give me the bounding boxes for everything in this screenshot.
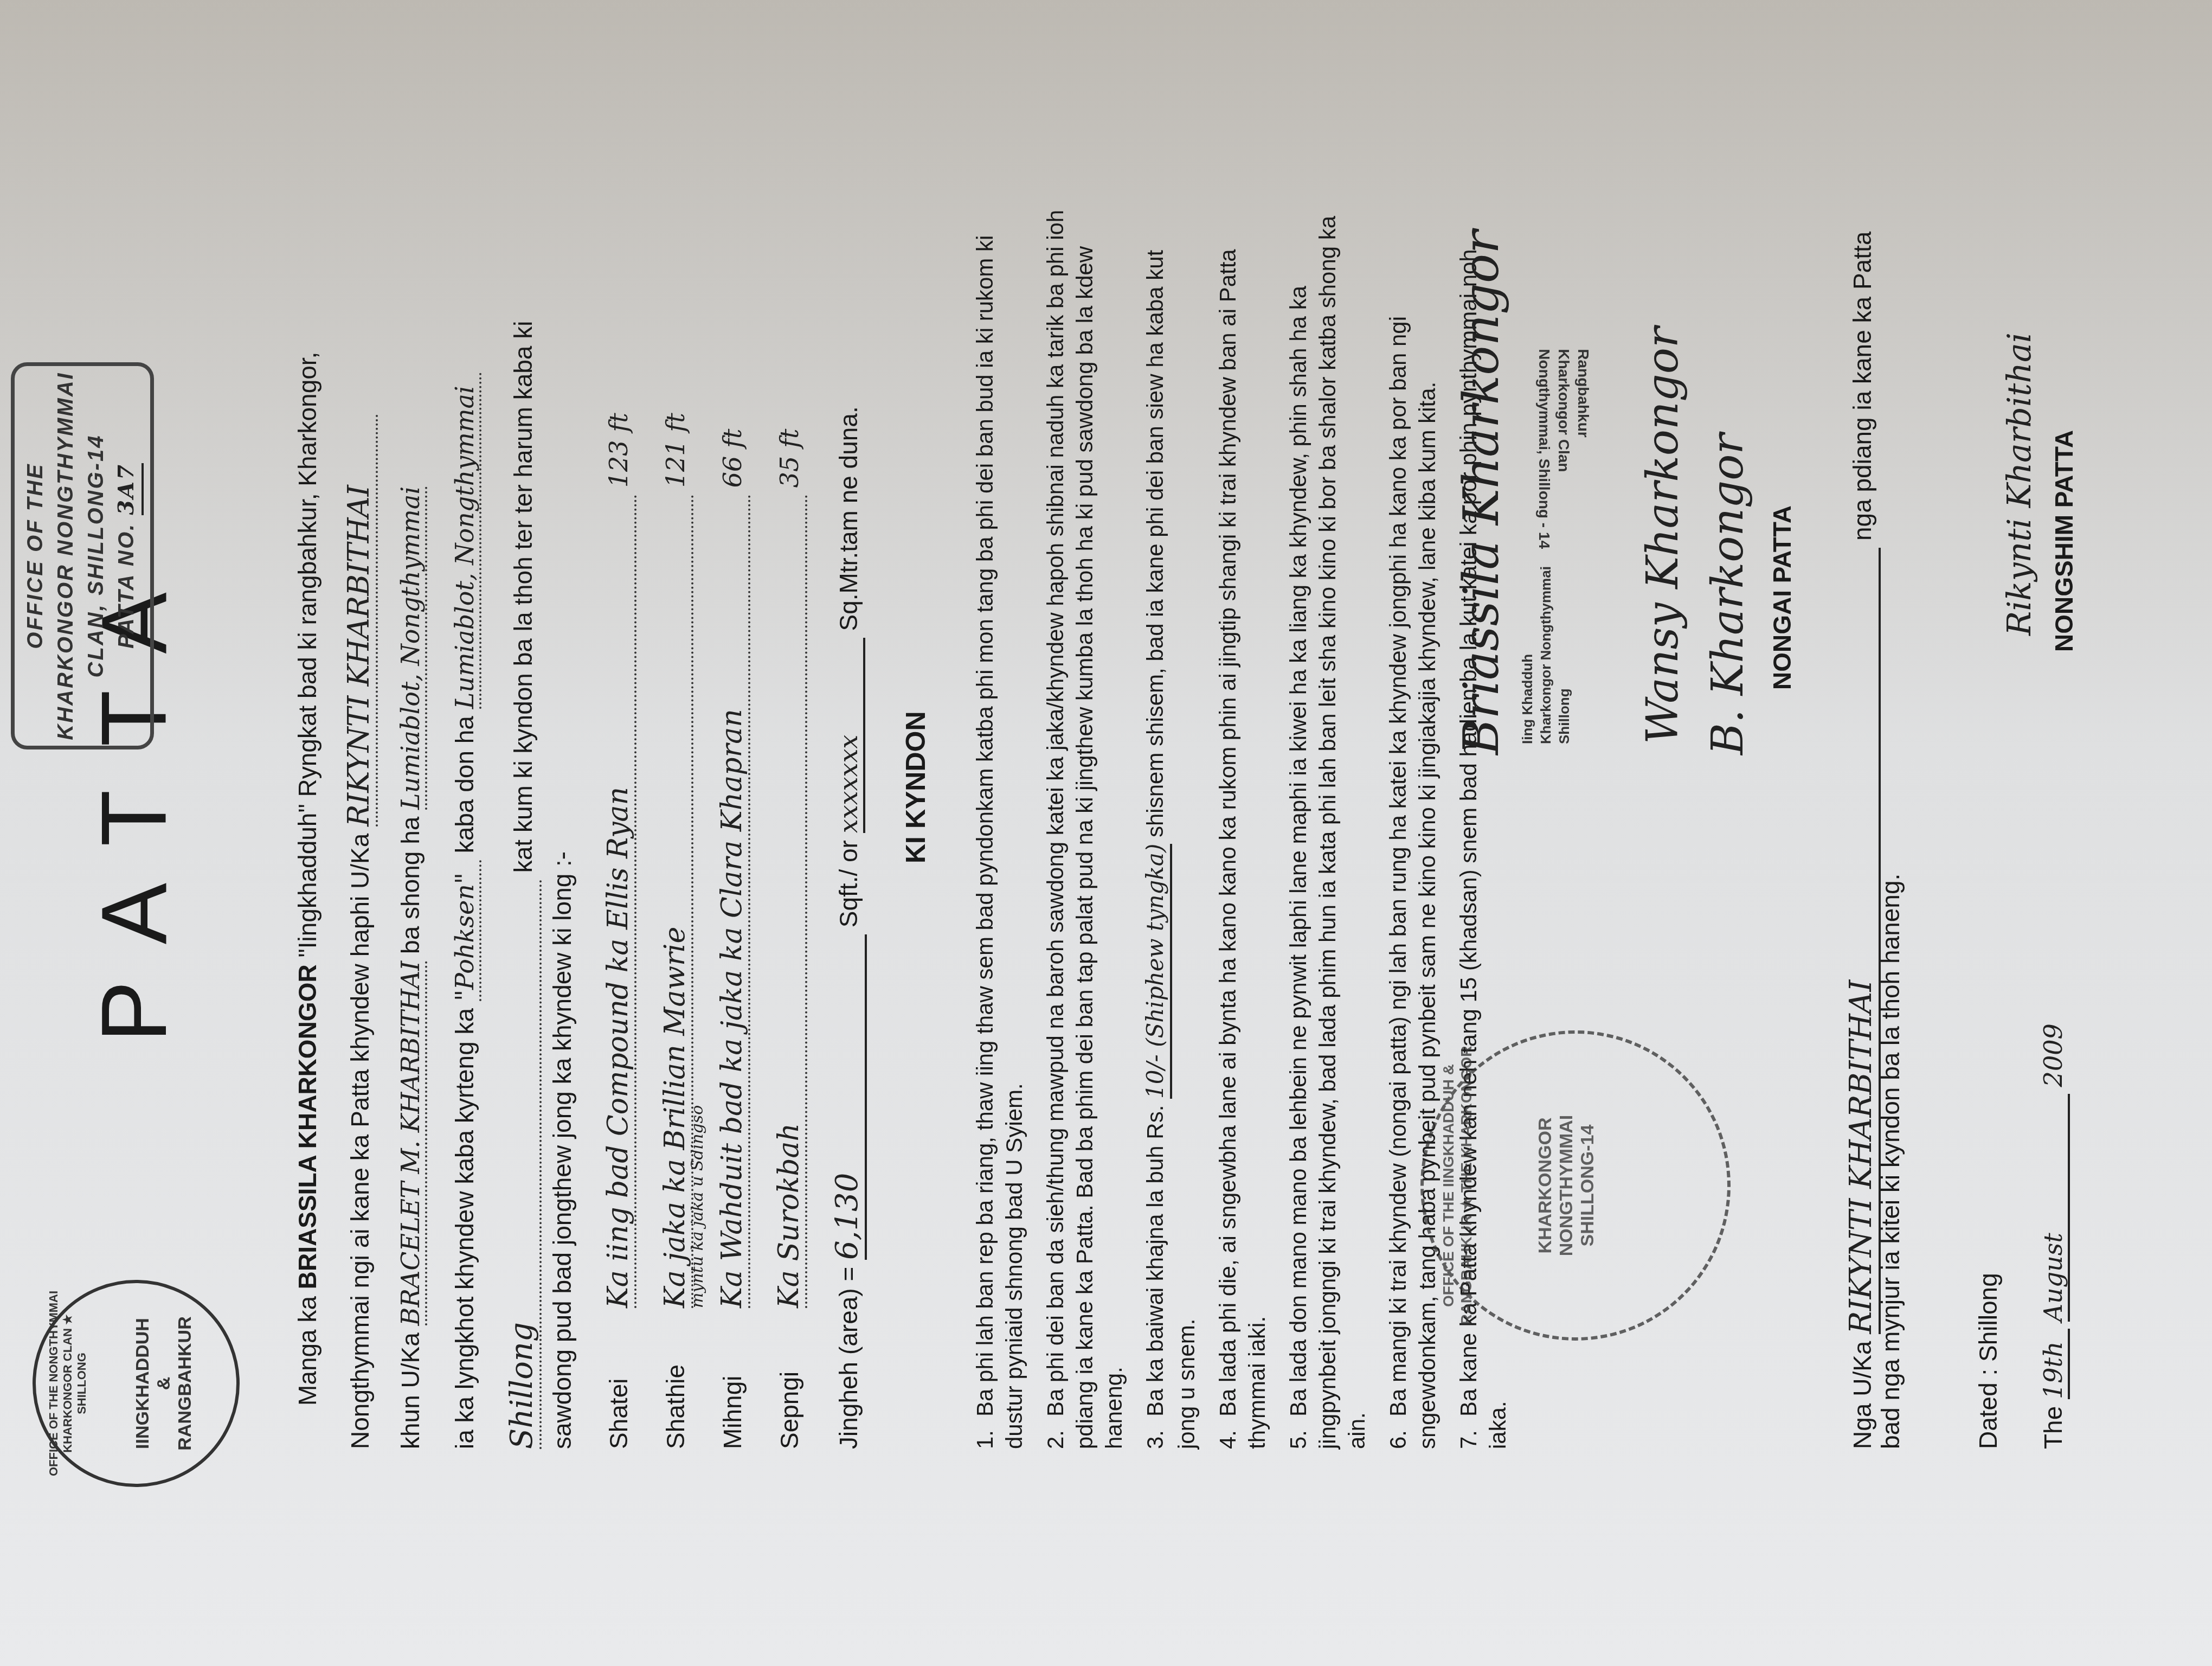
intro-line4: ia ka lyngkhot khyndew kaba kyrteng ka "…: [450, 373, 481, 1449]
signatory-line5: Kharkongor Clan: [1554, 349, 1573, 549]
rule-num: 4.: [1213, 1417, 1243, 1449]
text: nga pdiang ia kane ka Patta: [1848, 232, 1876, 541]
rule-num: 6.: [1384, 1417, 1413, 1449]
boundary-label: Shatei: [604, 1308, 633, 1449]
seal-middle-line1: KHARKONGOR: [1535, 1034, 1556, 1337]
area-unit: Sqft./ or: [834, 840, 863, 927]
text: kaba don ha: [451, 716, 479, 853]
town: Shillong: [504, 880, 542, 1449]
grantor-signature: Briassila Kharkongor: [1453, 230, 1510, 755]
office-stamp-line4: PATTA NO.: [114, 523, 138, 649]
grantor-name: BRIASSILA KHARKONGOR: [293, 964, 321, 1289]
text: Nga U/Ka: [1848, 1341, 1876, 1449]
boundary-value: Ka Wahduit bad ka jaka ka Clara Khapran: [716, 495, 750, 1308]
date-line: The 19th August 2009: [2039, 1023, 2070, 1449]
area-sqm: xxxxxxx: [834, 638, 865, 833]
signatory-line3: Shillong: [1555, 566, 1573, 744]
witness-signature-2: B. Kharkongor: [1702, 433, 1753, 755]
rule-text: Ba phi lah ban rep ba riang, thaw iing t…: [972, 235, 1027, 1449]
rule-num: 7.: [1454, 1417, 1483, 1449]
nongshim-signature: Rikynti Kharbithai: [2001, 332, 2039, 636]
dated-label: Dated : Shillong: [1973, 1273, 2003, 1449]
patta-document: OFFICE OF THE NONGTHYMMAI KHARKONGOR CLA…: [0, 0, 2212, 1666]
signatory-line2: Kharkongor Nongthymmai: [1536, 566, 1555, 744]
rule-text: Ba phi dei ban da sieh/thung mawpud na b…: [1043, 210, 1127, 1449]
boundary-value: Ka Surokbah: [773, 495, 807, 1308]
area-unit2: Sq.Mtr.tam ne duna.: [834, 406, 863, 631]
text: "Iingkhadduh" Ryngkat bad ki rangbahkur,…: [293, 352, 321, 958]
office-stamp: OFFICE OF THE KHARKONGOR NONGTHYMMAI CLA…: [11, 362, 154, 749]
intro-line2: Nongthymmai ngi ai kane ka Patta khyndew…: [342, 414, 378, 1449]
seal-top-line3: RANGBAHKUR: [175, 1283, 196, 1484]
seal-top: OFFICE OF THE NONGTHYMMAI KHARKONGOR CLA…: [33, 1280, 240, 1487]
boundary-label: Sepngi: [775, 1308, 804, 1449]
seal-middle-ring: OFFICE OF THE IINGKHADDUH & RANGBAHKUR ★…: [1424, 1034, 1475, 1337]
text: Manga ka: [293, 1296, 321, 1406]
text: The: [2039, 1406, 2067, 1449]
acceptance-line2: bad nga mynjur ia kitei ki kyndon ba la …: [1876, 874, 1905, 1449]
boundary-label: Shathie: [661, 1308, 690, 1449]
date-month: August: [2039, 1094, 2070, 1322]
rule-text: Ba lada phi die, ai sngewbha lane ai byn…: [1215, 249, 1270, 1449]
signatory-line6: Nongthymmai, Shillong - 14: [1534, 349, 1554, 549]
text: kat kum ki kyndon ba la thoh ter ter har…: [509, 321, 537, 873]
seal-top-ring: OFFICE OF THE NONGTHYMMAI KHARKONGOR CLA…: [36, 1283, 89, 1484]
boundary-row: MihngiKa Wahduit bad ka jaka ka Clara Kh…: [716, 406, 773, 1449]
rule-num: 2.: [1041, 1417, 1070, 1449]
text: ia ka lyngkhot khyndew kaba kyrteng ka: [451, 1008, 479, 1449]
office-stamp-line3: CLAN, SHILLONG-14: [81, 366, 111, 746]
patta-number: 3A7: [111, 463, 144, 515]
date-year: 2009: [2039, 1023, 2068, 1087]
boundary-value: Ka iing bad Compound ka Ellis Ryan: [602, 495, 636, 1308]
rule-num: 1.: [970, 1417, 1000, 1449]
boundary-row: ShateiKa iing bad Compound ka Ellis Ryan…: [602, 406, 659, 1449]
rent-amount: 10/- (Shiphew tyngka): [1141, 844, 1172, 1099]
boundary-row: ShathieKa jaka ka Brillian Mawrie 121 ft…: [659, 406, 716, 1449]
nongshim-patta-label: NONGSHIM PATTA: [2049, 430, 2079, 652]
date-day: 19th: [2039, 1329, 2070, 1399]
land-location: Lumiablot, Nongthymmai: [450, 373, 481, 709]
rule-item: 5.Ba lada don mano mano ba lehbein ne py…: [1284, 202, 1372, 1449]
witness-signature-1: Wansy Kharkongor: [1637, 327, 1688, 744]
rules-heading: KI KYNDON: [900, 711, 931, 863]
acceptance-line: Nga U/Ka RIKYNTI KHARBITHAI nga pdiang i…: [1843, 232, 1881, 1449]
boundaries: ShateiKa iing bad Compound ka Ellis Ryan…: [602, 406, 886, 1449]
rule-text: Ba ka baiwai khajna la buh Rs.: [1142, 1105, 1168, 1417]
text: ba shong ha: [396, 817, 425, 954]
text: khun U/Ka: [396, 1332, 425, 1449]
rule-num: 3.: [1141, 1417, 1170, 1449]
area-label: Jingheh (area) =: [834, 1267, 863, 1449]
boundary-measure: 123 ft: [604, 413, 633, 488]
signatory-stamp-inverted: Rangbahkur Kharkongor Clan Nongthymmai, …: [1534, 349, 1593, 549]
office-stamp-line1: OFFICE OF THE: [20, 366, 50, 746]
seal-middle-line3: SHILLONG-14: [1577, 1034, 1598, 1337]
area-sqft: 6,130: [829, 934, 867, 1260]
intro-line3: khun U/Ka BRACELET M. KHARBITHAI ba shon…: [396, 486, 427, 1449]
intro-line5: Shillong kat kum ki kyndon ba la thoh te…: [504, 321, 542, 1449]
intro-line1: Manga ka BRIASSILA KHARKONGOR "Iingkhadd…: [293, 352, 322, 1406]
seal-top-line1: IINGKHADDUH: [132, 1283, 153, 1484]
nongai-patta-label: NONGAI PATTA: [1767, 505, 1797, 690]
boundary-measure: 66 ft: [718, 429, 747, 488]
office-stamp-line2: KHARKONGOR NONGTHYMMAI: [50, 366, 81, 746]
rule-num: 5.: [1284, 1417, 1313, 1449]
parent-name: BRACELET M. KHARBITHAI: [396, 961, 427, 1326]
signatory-stamp: Iing Khadduh Kharkongor Nongthymmai Shil…: [1518, 566, 1573, 744]
seal-middle-line2: NONGTHYMMAI: [1556, 1034, 1577, 1337]
boundary-label: Mihngi: [718, 1308, 747, 1449]
area-row: Jingheh (area) = 6,130 Sqft./ or xxxxxxx…: [829, 406, 886, 1449]
text: Nongthymmai ngi ai kane ka Patta khyndew…: [346, 834, 374, 1449]
acceptor-name: RIKYNTI KHARBITHAI: [1843, 548, 1881, 1334]
residence: Lumiablot, Nongthymmai: [396, 486, 427, 810]
rule-text: Ba lada don mano mano ba lehbein ne pynw…: [1285, 216, 1369, 1449]
rule-item: 3.Ba ka baiwai khajna la buh Rs. 10/- (S…: [1141, 202, 1201, 1449]
signatory-line4: Rangbahkur: [1573, 349, 1593, 549]
seal-middle: OFFICE OF THE IINGKHADDUH & RANGBAHKUR ★…: [1420, 1030, 1731, 1341]
boundary-measure: 35 ft: [775, 429, 804, 488]
rule-item: 1.Ba phi lah ban rep ba riang, thaw iing…: [970, 202, 1029, 1449]
boundary-measure: 121 ft: [661, 413, 690, 488]
rule-item: 4.Ba lada phi die, ai sngewbha lane ai b…: [1213, 202, 1272, 1449]
grantee-name: RIKYNTI KHARBITHAI: [342, 414, 378, 826]
signatory-line1: Iing Khadduh: [1518, 566, 1536, 744]
land-name: "Pohksen": [450, 860, 481, 1001]
seal-top-line2: &: [153, 1283, 175, 1484]
rule-item: 2.Ba phi dei ban da sieh/thung mawpud na…: [1041, 202, 1129, 1449]
intro-line6: sawdong pud bad jongthew jong ka khyndew…: [548, 851, 577, 1449]
boundary-row: SepngiKa Surokbah 35 ft: [773, 406, 829, 1449]
